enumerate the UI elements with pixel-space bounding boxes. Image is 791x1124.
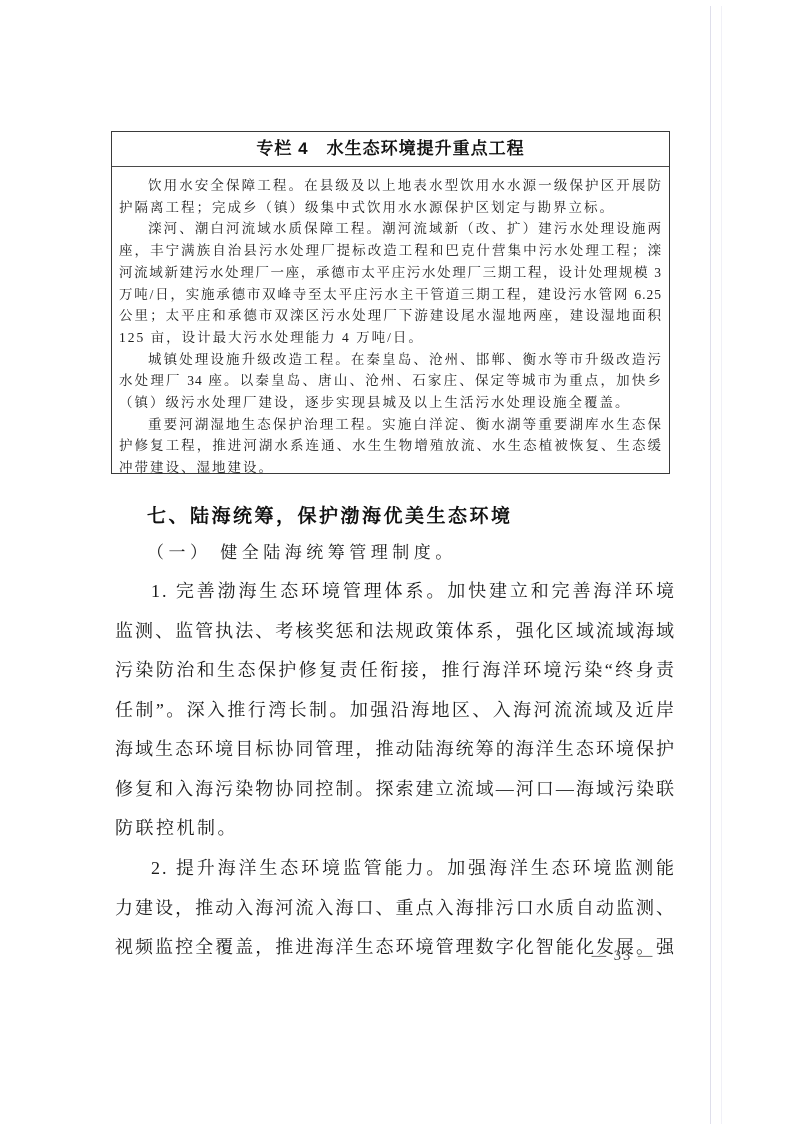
body-line: 监测、监管执法、考核奖惩和法规政策体系，强化区域流域海域 [115,612,676,652]
document-page: 专栏 4 水生态环境提升重点工程 饮用水安全保障工程。在县级及以上地表水型饮用水… [0,0,791,1124]
box-line: 水处理厂 34 座。以秦皇岛、唐山、沧州、石家庄、保定等城市为重点，加快乡 [119,370,662,392]
box-line: （镇）级污水处理厂建设，逐步实现县城及以上生活污水处理设施全覆盖。 [119,392,662,414]
box-line: 公里；太平庄和承德市双滦区污水处理厂下游建设尾水湿地两座，建设湿地面积 [119,305,662,327]
box-line: 125 亩，设计最大污水处理能力 4 万吨/日。 [119,327,662,349]
body-line: 修复和入海污染物协同控制。探索建立流域—河口—海域污染联 [115,770,676,810]
body-line: 1. 完善渤海生态环境管理体系。加快建立和完善海洋环境 [115,572,676,612]
body-line: 2. 提升海洋生态环境监管能力。加强海洋生态环境监测能 [115,849,676,889]
box-line: 护隔离工程；完成乡（镇）级集中式饮用水水源保护区划定与勘界立标。 [119,197,662,219]
box-line: 重要河湖湿地生态保护治理工程。实施白洋淀、衡水湖等重要湖库水生态保 [119,414,662,436]
column-box-body: 饮用水安全保障工程。在县级及以上地表水型饮用水水源一级保护区开展防 护隔离工程；… [112,167,669,479]
section-subheading: （一） 健全陆海统筹管理制度。 [147,538,457,563]
body-line: 防联控机制。 [115,809,676,849]
box-line: 座，丰宁满族自治县污水处理厂提标改造工程和巴克什营集中污水处理工程；滦 [119,240,662,262]
body-line: 海域生态环境目标协同管理，推动陆海统筹的海洋生态环境保护 [115,730,676,770]
scan-edge-line [710,6,711,1124]
scan-edge-line-2 [721,6,722,1124]
section-heading: 七、陆海统筹，保护渤海优美生态环境 [147,501,513,528]
paragraph-1: 1. 完善渤海生态环境管理体系。加快建立和完善海洋环境 监测、监管执法、考核奖惩… [115,572,676,849]
box-line: 护修复工程，推进河湖水系连通、水生生物增殖放流、水生态植被恢复、生态缓 [119,435,662,457]
column-box-title: 专栏 4 水生态环境提升重点工程 [112,132,669,167]
box-line: 冲带建设、湿地建设。 [119,457,662,479]
box-line: 饮用水安全保障工程。在县级及以上地表水型饮用水水源一级保护区开展防 [119,175,662,197]
column-box: 专栏 4 水生态环境提升重点工程 饮用水安全保障工程。在县级及以上地表水型饮用水… [111,131,670,474]
page-number: — 33 — [573,948,673,965]
body-line: 力建设，推动入海河流入海口、重点入海排污口水质自动监测、 [115,889,676,929]
box-line: 河流域新建污水处理厂一座，承德市太平庄污水处理厂三期工程，设计处理规模 3 [119,262,662,284]
body-line: 污染防治和生态保护修复责任衔接，推行海洋环境污染“终身责 [115,651,676,691]
box-line: 万吨/日，实施承德市双峰寺至太平庄污水主干管道三期工程，建设污水管网 6.25 [119,284,662,306]
box-line: 城镇处理设施升级改造工程。在秦皇岛、沧州、邯郸、衡水等市升级改造污 [119,349,662,371]
body-line: 任制”。深入推行湾长制。加强沿海地区、入海河流流域及近岸 [115,691,676,731]
box-line: 滦河、潮白河流域水质保障工程。潮河流域新（改、扩）建污水处理设施两 [119,218,662,240]
